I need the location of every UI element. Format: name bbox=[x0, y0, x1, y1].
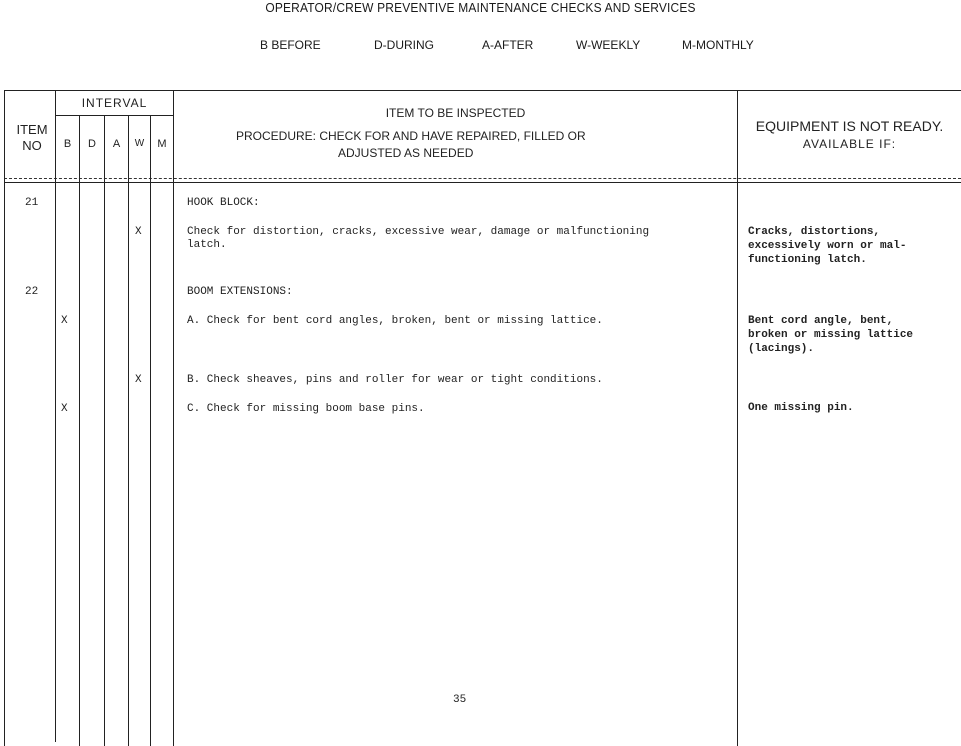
col-border-procedure bbox=[737, 90, 738, 746]
item-hook-block: HOOK BLOCK: bbox=[187, 197, 260, 210]
not-ready-boom-a-3: (lacings). bbox=[748, 343, 814, 356]
legend-weekly: W-WEEKLY bbox=[576, 38, 640, 52]
interval-mark-b: X bbox=[61, 403, 68, 416]
header-interval: INTERVAL bbox=[56, 96, 173, 110]
header-no: NO bbox=[12, 138, 52, 153]
header-interval-a: A bbox=[105, 138, 128, 150]
header-item: ITEM bbox=[12, 122, 52, 137]
not-ready-hook-block-1: Cracks, distortions, bbox=[748, 226, 880, 239]
col-border-d bbox=[104, 115, 105, 746]
legend-before: B BEFORE bbox=[260, 38, 321, 52]
col-border-a bbox=[128, 115, 129, 746]
not-ready-boom-c: One missing pin. bbox=[748, 402, 854, 415]
procedure-hook-block-cont: latch. bbox=[187, 239, 227, 252]
header-interval-m: M bbox=[151, 138, 173, 150]
item-no-21: 21 bbox=[25, 197, 38, 210]
procedure-boom-c: C. Check for missing boom base pins. bbox=[187, 403, 425, 416]
not-ready-boom-a-1: Bent cord angle, bent, bbox=[748, 315, 893, 328]
header-interval-d: D bbox=[80, 138, 104, 150]
header-separator-dash bbox=[4, 178, 961, 179]
not-ready-hook-block-2: excessively worn or mal- bbox=[748, 240, 906, 253]
page-title: OPERATOR/CREW PREVENTIVE MAINTENANCE CHE… bbox=[38, 0, 922, 15]
header-not-ready: EQUIPMENT IS NOT READY. bbox=[738, 118, 961, 134]
col-border-b bbox=[79, 115, 80, 746]
interval-mark-b: X bbox=[61, 315, 68, 328]
header-interval-b: B bbox=[56, 138, 79, 150]
interval-mark-w: X bbox=[135, 226, 142, 239]
header-interval-w: W bbox=[129, 138, 150, 149]
legend-during: D-DURING bbox=[374, 38, 434, 52]
item-boom-extensions: BOOM EXTENSIONS: bbox=[187, 286, 293, 299]
not-ready-hook-block-3: functioning latch. bbox=[748, 254, 867, 267]
col-border-w bbox=[150, 115, 151, 746]
interval-divider bbox=[56, 115, 173, 116]
col-border-left bbox=[4, 90, 5, 746]
header-procedure: PROCEDURE: CHECK FOR AND HAVE REPAIRED, … bbox=[236, 129, 586, 143]
procedure-boom-b: B. Check sheaves, pins and roller for we… bbox=[187, 374, 603, 387]
table-top-border bbox=[4, 90, 961, 91]
header-available-if: AVAILABLE IF: bbox=[738, 137, 961, 151]
header-procedure-cont: ADJUSTED AS NEEDED bbox=[338, 146, 473, 160]
page-number: 35 bbox=[453, 694, 466, 707]
item-no-22: 22 bbox=[25, 286, 38, 299]
procedure-hook-block: Check for distortion, cracks, excessive … bbox=[187, 226, 649, 239]
header-separator bbox=[4, 182, 961, 183]
not-ready-boom-a-2: broken or missing lattice bbox=[748, 329, 913, 342]
col-border-interval bbox=[173, 90, 174, 746]
header-item-inspected: ITEM TO BE INSPECTED bbox=[174, 106, 737, 120]
procedure-boom-a: A. Check for bent cord angles, broken, b… bbox=[187, 315, 603, 328]
legend-after: A-AFTER bbox=[482, 38, 533, 52]
interval-mark-w: X bbox=[135, 374, 142, 387]
legend-monthly: M-MONTHLY bbox=[682, 38, 754, 52]
col-border-item bbox=[55, 90, 56, 742]
